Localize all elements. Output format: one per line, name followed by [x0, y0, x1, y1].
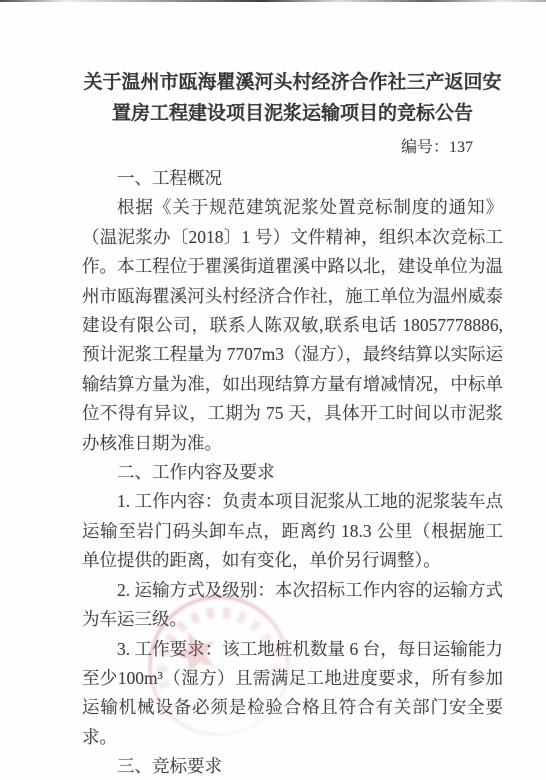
- document-body: 一、工程概况根据《关于规范建筑泥浆处置竞标制度的通知》（温泥浆办〔2018〕1 …: [82, 164, 503, 780]
- title-line-2: 置房工程建设项目泥浆运输项目的竞标公告: [82, 98, 503, 129]
- body-paragraph: 1. 工作内容：负责本项目泥浆从工地的泥浆装车点运输至岩门码头卸车点，距离约 1…: [82, 487, 503, 575]
- document-number: 编号：137: [82, 138, 503, 158]
- body-paragraph: 根据《关于规范建筑泥浆处置竞标制度的通知》（温泥浆办〔2018〕1 号）文件精神…: [82, 193, 503, 458]
- body-paragraph: 二、工作内容及要求: [82, 458, 503, 487]
- document-content: 关于温州市瓯海瞿溪河头村经济合作社三产返回安 置房工程建设项目泥浆运输项目的竞标…: [82, 0, 503, 780]
- document-title: 关于温州市瓯海瞿溪河头村经济合作社三产返回安 置房工程建设项目泥浆运输项目的竞标…: [82, 67, 503, 129]
- body-paragraph: 一、工程概况: [82, 164, 503, 193]
- body-paragraph: 3. 工作要求：该工地桩机数量 6 台，每日运输能力至少100m³（湿方）且需满…: [82, 635, 503, 753]
- title-line-1: 关于温州市瓯海瞿溪河头村经济合作社三产返回安: [82, 67, 503, 98]
- scanned-document-page: 关于温州市瓯海瞿溪河头村经济合作社三产返回安 置房工程建设项目泥浆运输项目的竞标…: [0, 0, 546, 780]
- body-paragraph: 2. 运输方式及级别：本次招标工作内容的运输方式为车运三级。: [82, 576, 503, 635]
- body-paragraph: 三、竞标要求: [82, 752, 503, 780]
